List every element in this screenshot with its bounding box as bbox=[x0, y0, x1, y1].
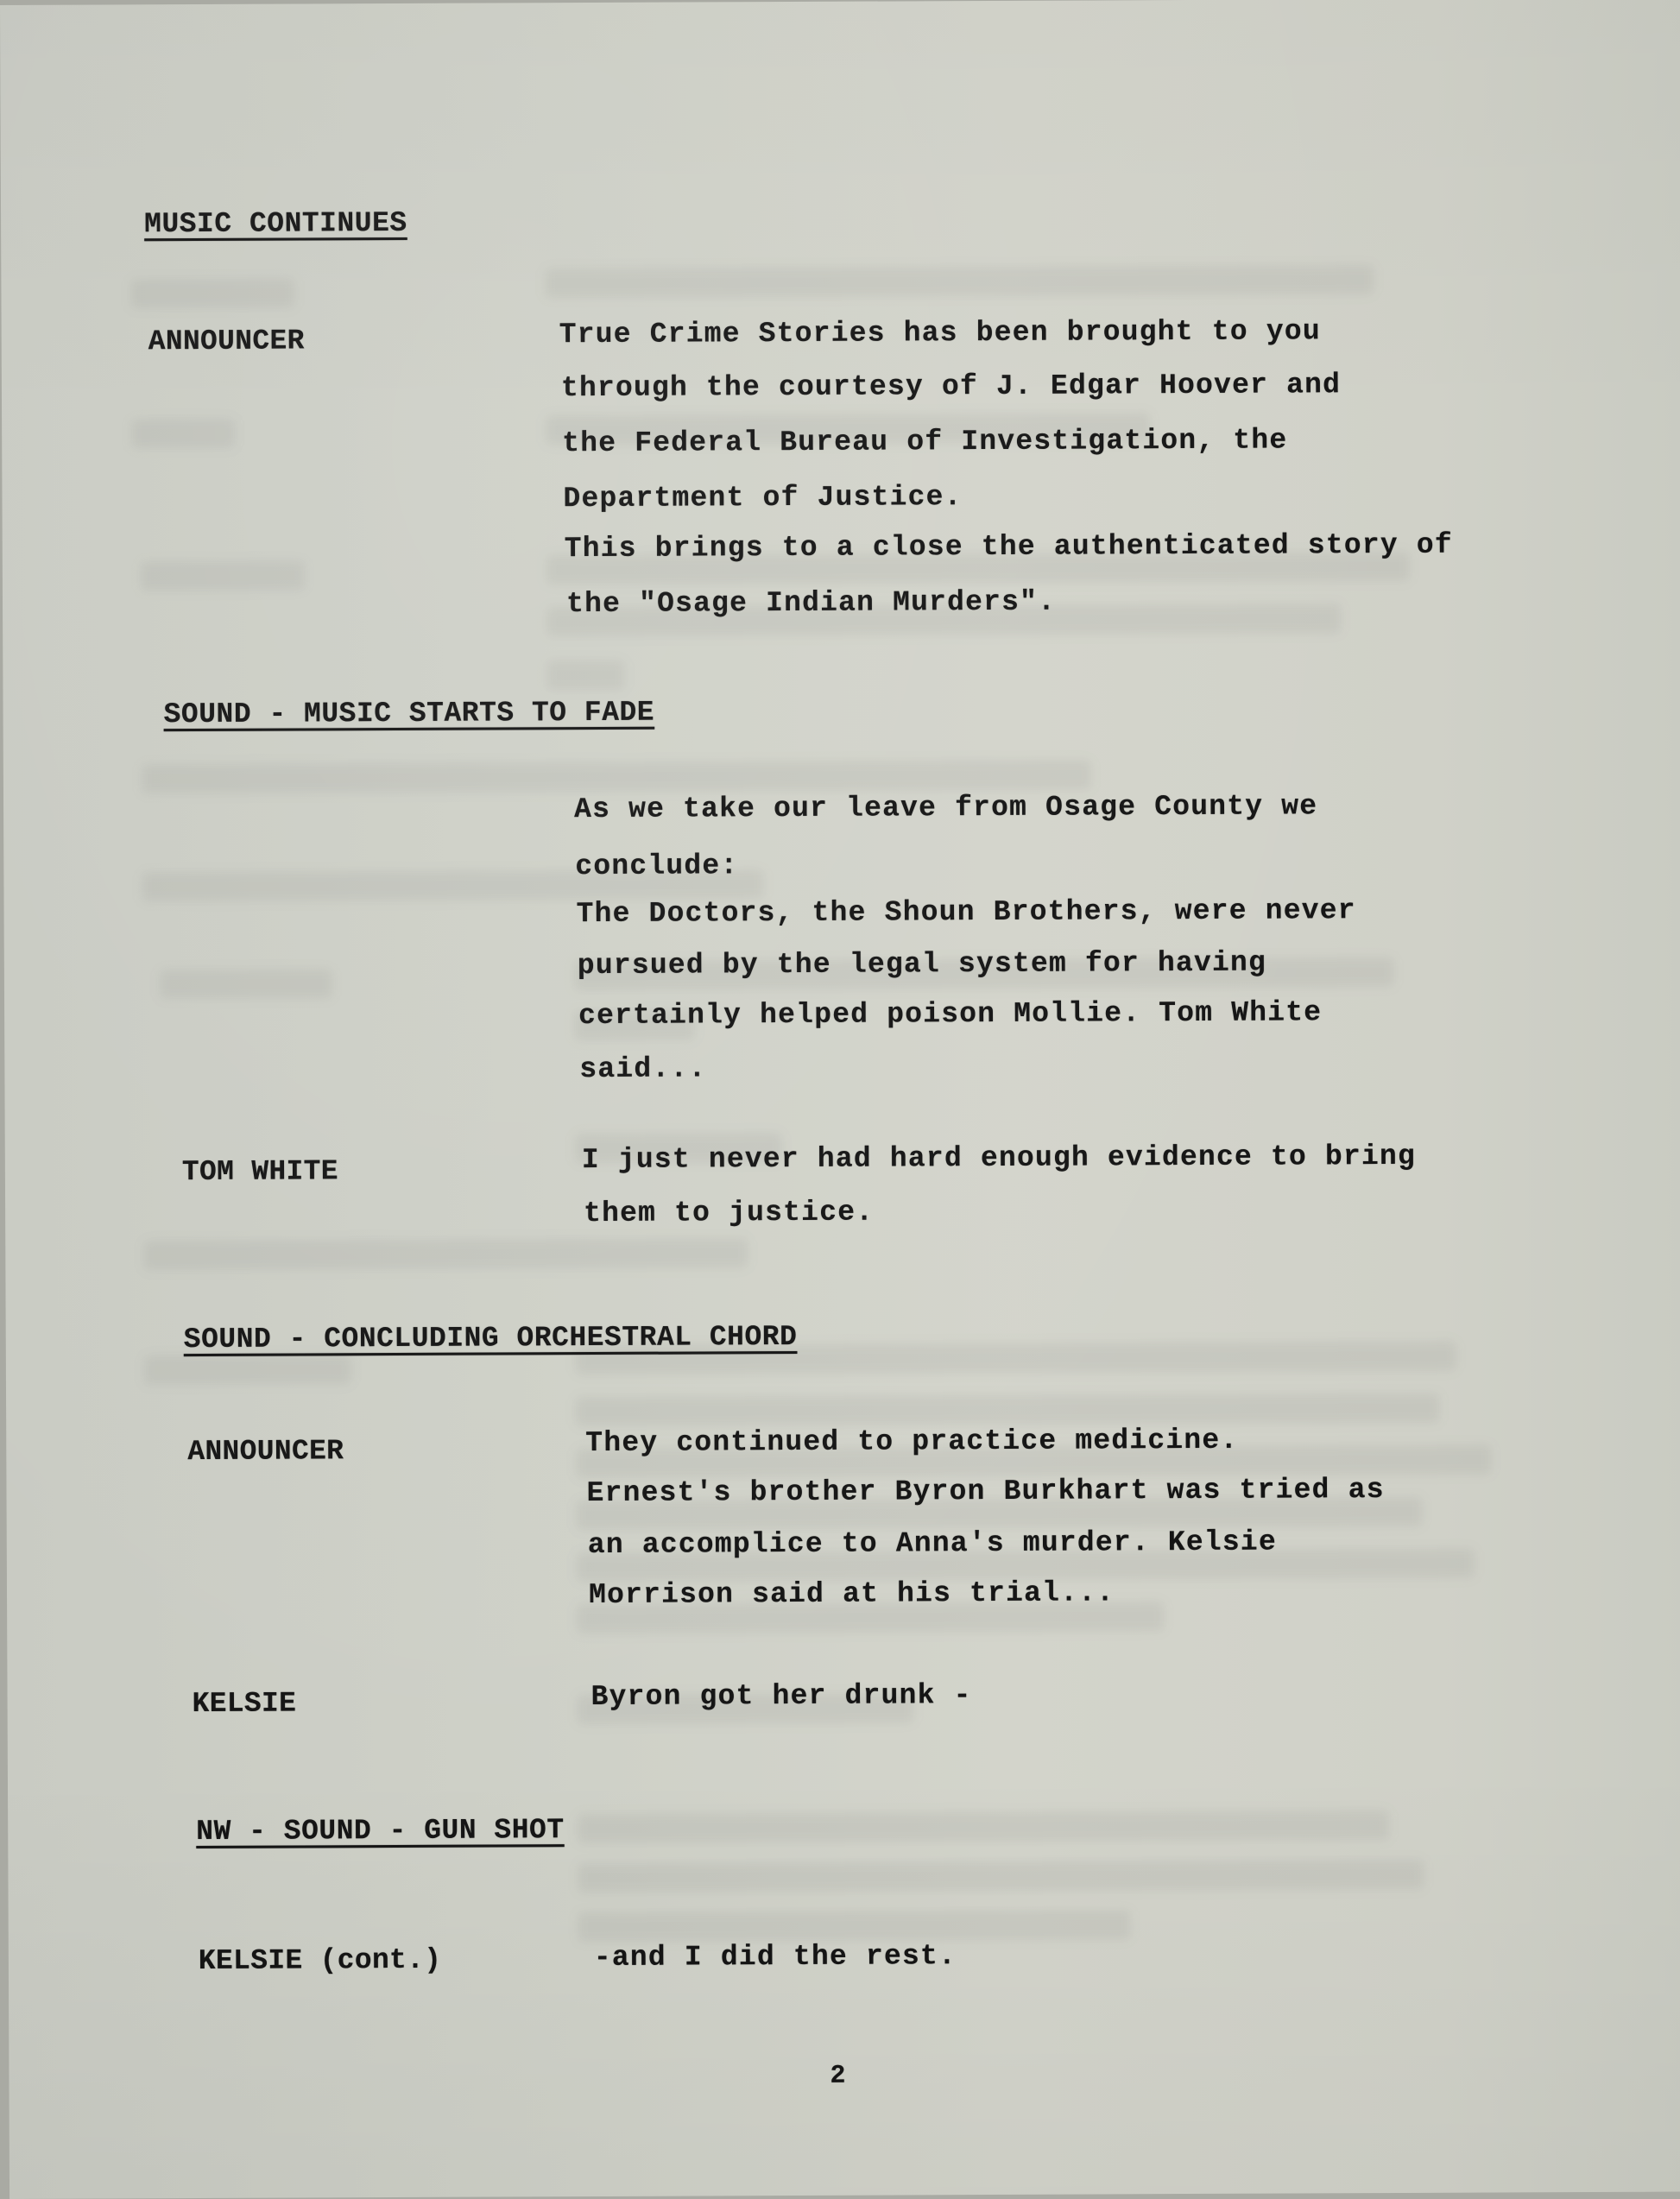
show-through-mark bbox=[130, 279, 294, 309]
dialogue-line: This brings to a close the authenticated… bbox=[565, 529, 1453, 565]
dialogue-line: I just never had hard enough evidence to… bbox=[582, 1141, 1416, 1176]
speaker-name: ANNOUNCER bbox=[187, 1435, 344, 1468]
speaker-name: TOM WHITE bbox=[182, 1155, 338, 1188]
show-through-mark bbox=[578, 1810, 1389, 1843]
show-through-mark bbox=[144, 1355, 351, 1385]
dialogue-line: the Federal Bureau of Investigation, the bbox=[562, 424, 1287, 459]
dialogue-line: pursued by the legal system for having bbox=[578, 947, 1266, 982]
sound-cue: MUSIC CONTINUES bbox=[144, 207, 407, 240]
dialogue-line: said... bbox=[579, 1052, 706, 1085]
speaker-name: KELSIE (cont.) bbox=[199, 1944, 442, 1977]
show-through-mark bbox=[142, 760, 1091, 793]
dialogue-line: Morrison said at his trial... bbox=[589, 1577, 1115, 1611]
sound-cue: SOUND - CONCLUDING ORCHESTRAL CHORD bbox=[184, 1321, 798, 1355]
speaker-name: ANNOUNCER bbox=[148, 325, 305, 357]
dialogue-line: the "Osage Indian Murders". bbox=[566, 586, 1056, 620]
dialogue-line: conclude: bbox=[575, 850, 738, 882]
dialogue-line: Byron got her drunk - bbox=[591, 1679, 971, 1713]
dialogue-line: through the courtesy of J. Edgar Hoover … bbox=[561, 369, 1341, 404]
dialogue-line: -and I did the rest. bbox=[594, 1940, 957, 1974]
show-through-mark bbox=[141, 560, 305, 591]
sound-cue: SOUND - MUSIC STARTS TO FADE bbox=[164, 697, 655, 730]
dialogue-line: True Crime Stories has been brought to y… bbox=[559, 315, 1321, 351]
dialogue-line: The Doctors, the Shoun Brothers, were ne… bbox=[577, 894, 1356, 930]
dialogue-line: They continued to practice medicine. bbox=[585, 1425, 1238, 1459]
dialogue-line: Ernest's brother Byron Burkhart was trie… bbox=[586, 1474, 1384, 1509]
show-through-mark bbox=[143, 1238, 748, 1270]
speaker-name: KELSIE bbox=[193, 1688, 297, 1721]
show-through-mark bbox=[578, 1860, 1424, 1893]
page-number: 2 bbox=[830, 2062, 846, 2091]
dialogue-line: them to justice. bbox=[584, 1197, 874, 1229]
show-through-mark bbox=[160, 969, 332, 999]
dialogue-line: Department of Justice. bbox=[563, 481, 962, 515]
show-through-mark bbox=[545, 265, 1374, 298]
show-through-mark bbox=[131, 419, 235, 449]
show-through-mark bbox=[578, 1910, 1131, 1942]
sound-cue: NW - SOUND - GUN SHOT bbox=[196, 1814, 565, 1848]
dialogue-line: certainly helped poison Mollie. Tom Whit… bbox=[578, 996, 1322, 1032]
dialogue-line: an accomplice to Anna's murder. Kelsie bbox=[588, 1526, 1277, 1561]
dialogue-line: As we take our leave from Osage County w… bbox=[574, 790, 1317, 825]
show-through-mark bbox=[576, 1393, 1439, 1426]
show-through-mark bbox=[546, 660, 624, 690]
script-page: MUSIC CONTINUES ANNOUNCER True Crime Sto… bbox=[0, 0, 1680, 2199]
